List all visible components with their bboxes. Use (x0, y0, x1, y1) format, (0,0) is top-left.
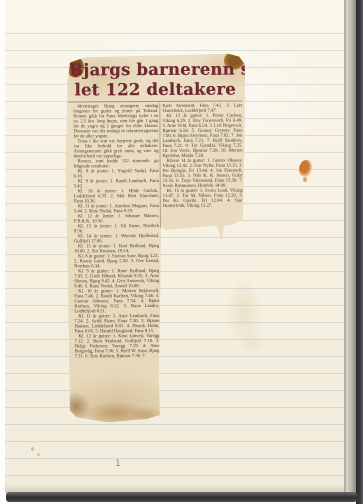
scrapbook-photo: 1 Bjargs barnerenn sam- let 122 deltaker… (0, 0, 363, 504)
news-paragraph: Kl. 11 år jenter: 1. Anniken Magnus, Fan… (74, 204, 159, 214)
pencil-mark: 1 (115, 459, 121, 469)
news-paragraph: Kl. 8 år jenter: 1. Yngvill Nydal, Fana … (74, 169, 159, 179)
news-paragraph: Kl. 9 år jenter: 1. Randi Lambach, Fana … (74, 179, 159, 189)
news-paragraph: Kl. 13 år jenter: 1. Eli Sætre, Hordvik … (74, 224, 159, 234)
news-paragraph: Kl. 9 år gutter: 1. Rune Rydland, Bjarg … (74, 269, 159, 289)
headline-line-1: Bjargs barnerenn sam- (69, 60, 241, 81)
news-paragraph: Kl. 11 år gutter: 1. Arne Lambach, Fana … (74, 314, 159, 334)
news-paragraph: Kl. 8 år gutter: 1. Steinar Aase, Bjarg … (74, 254, 159, 269)
news-paragraph: Kl. 15 år gutter: 1. Svein Lund, Viking … (163, 189, 243, 209)
news-paragraph: Kl. 14 år jenter: 1. Wenche Hjellestad, … (74, 234, 159, 244)
headline-line-2: let 122 deltakere (69, 80, 241, 101)
clipping-headline: Bjargs barnerenn sam- let 122 deltakere (69, 60, 241, 101)
news-paragraph: Rennet, som hadde 122 startende, ga følg… (74, 159, 159, 169)
news-paragraph: Kl. 15 år jenter: 1. Kari Rydland, Bjarg… (74, 244, 159, 254)
news-paragraph: Kl. 12 år gutter: 1. Knut Løtveit, Vareg… (75, 334, 160, 359)
news-paragraph: Kl. 13 år gutter: 1. Petter Carlsen, Vik… (162, 114, 242, 159)
news-paragraph: Kl. 10 år gutter: 1. Morten Bekkevoll, F… (74, 289, 159, 314)
headline-rule (68, 101, 242, 103)
news-paragraph: Kjell Almeland, Fana 7.42. 3. Lars Tenne… (162, 104, 242, 114)
book-bottom-edge (6, 492, 357, 502)
left-column: Idrettslaget Bjarg arrangerte søndag lan… (73, 104, 160, 414)
news-paragraph: Kl. 10 år jenter: 1. Hilde Godvik, Lodde… (74, 189, 159, 204)
news-paragraph: Trass i lite snø var løypene gode, og de… (73, 139, 158, 159)
book-page-edges (346, 0, 356, 497)
news-paragraph: Idrettslaget Bjarg arrangerte søndag lan… (73, 104, 158, 139)
right-column: Kjell Almeland, Fana 7.42. 3. Lars Tenne… (162, 104, 243, 244)
news-paragraph: Kl. 12 år jenter: 1. Johanne Hansen, F.B… (74, 214, 159, 224)
news-paragraph: Klasse 14 år gutter: 1. Gustav Oksnes, V… (163, 159, 243, 189)
column-divider (159, 103, 161, 228)
book-spine-edge (356, 0, 363, 504)
